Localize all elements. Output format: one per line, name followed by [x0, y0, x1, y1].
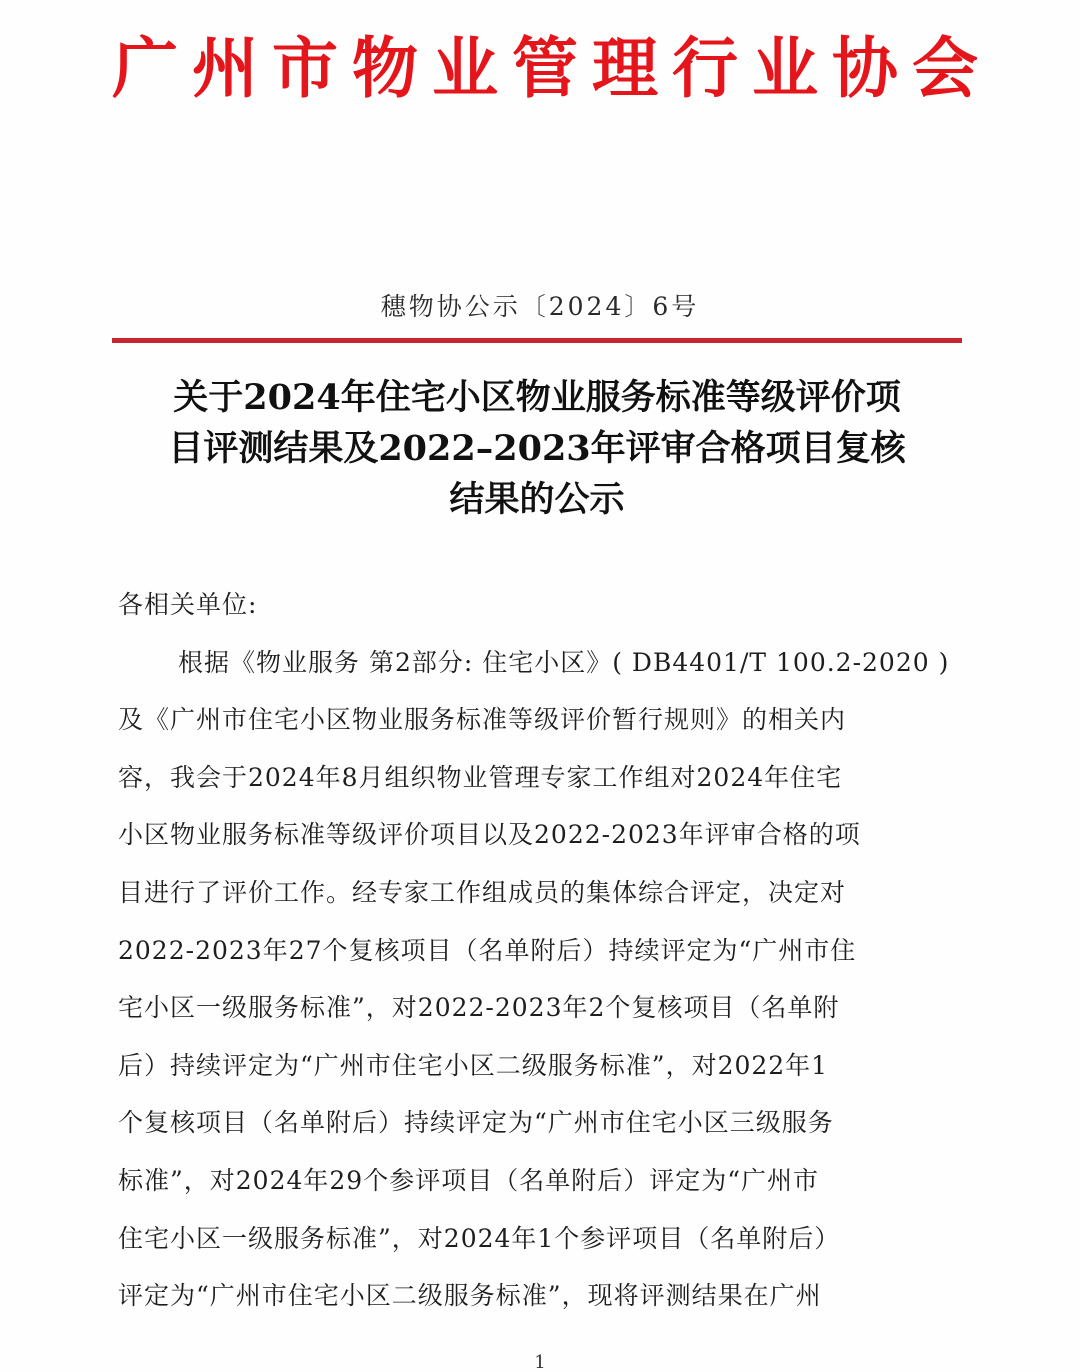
body-line: 住宅小区一级服务标准”，对2024年1个参评项目（名单附后） — [118, 1217, 948, 1275]
title-line: 关于2024年住宅小区物业服务标准等级评价项 — [112, 372, 962, 423]
body-line: 小区物业服务标准等级评价项目以及2022-2023年评审合格的项 — [118, 813, 948, 871]
body-line: 宅小区一级服务标准”，对2022-2023年2个复核项目（名单附 — [118, 986, 948, 1044]
body-line: 及《广州市住宅小区物业服务标准等级评价暂行规则》的相关内 — [118, 698, 948, 756]
organization-header: 广州市物业管理行业协会 — [112, 28, 962, 108]
body-line: 目进行了评价工作。经专家工作组成员的集体综合评定，决定对 — [118, 871, 948, 929]
body-line: 个复核项目（名单附后）持续评定为“广州市住宅小区三级服务 — [118, 1101, 948, 1159]
body-line: 2022-2023年27个复核项目（名单附后）持续评定为“广州市住 — [118, 929, 948, 987]
body-line: 根据《物业服务 第2部分: 住宅小区》( DB4401/T 100.2-2020… — [118, 641, 948, 699]
document-number: 穗物协公示〔2024〕6号 — [0, 287, 1080, 323]
title-line: 结果的公示 — [112, 474, 962, 525]
title-line: 目评测结果及2022–2023年评审合格项目复核 — [112, 423, 962, 474]
body-line: 评定为“广州市住宅小区二级服务标准”，现将评测结果在广州 — [118, 1274, 948, 1332]
document-page: 广州市物业管理行业协会 穗物协公示〔2024〕6号 关于2024年住宅小区物业服… — [0, 0, 1080, 1372]
page-number: 1 — [0, 1352, 1080, 1372]
body-line: 标准”，对2024年29个参评项目（名单附后）评定为“广州市 — [118, 1159, 948, 1217]
document-body: 各相关单位: 根据《物业服务 第2部分: 住宅小区》( DB4401/T 100… — [118, 583, 948, 1332]
body-line: 后）持续评定为“广州市住宅小区二级服务标准”，对2022年1 — [118, 1044, 948, 1102]
salutation: 各相关单位: — [118, 583, 948, 641]
document-title: 关于2024年住宅小区物业服务标准等级评价项 目评测结果及2022–2023年评… — [112, 372, 962, 525]
body-line: 容，我会于2024年8月组织物业管理专家工作组对2024年住宅 — [118, 756, 948, 814]
red-divider — [112, 338, 962, 343]
